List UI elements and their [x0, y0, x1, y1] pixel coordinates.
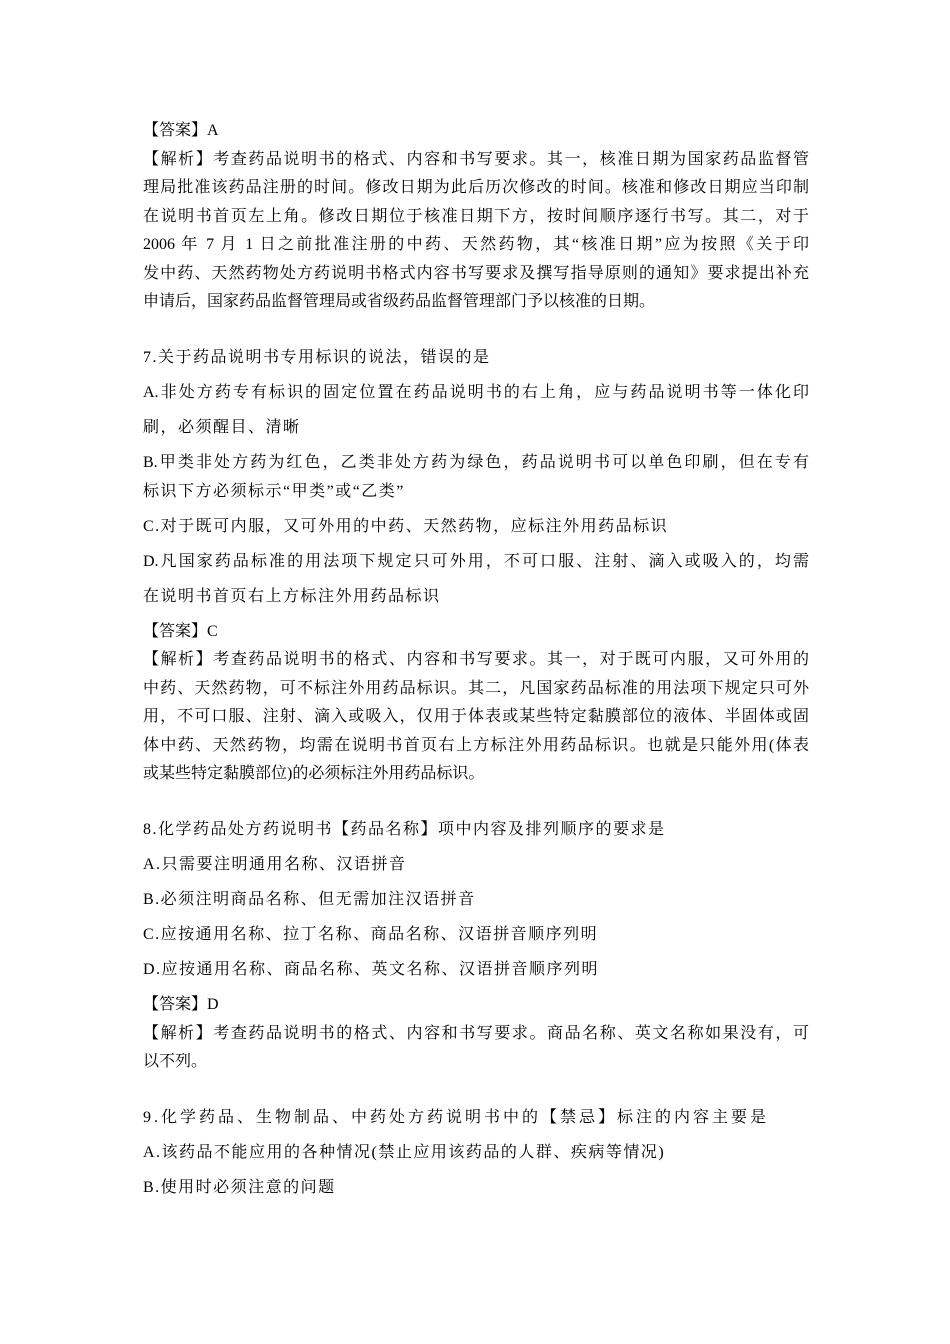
- q6-explanation-line-4: 2006 年 7 月 1 日之前批准注册的中药、天然药物，其“核准日期”应为按照…: [143, 231, 809, 260]
- q7-explanation-line-2: 中药、天然药物，可不标注外用药品标识。其二，凡国家药品标准的用法项下规定只可外: [143, 675, 809, 704]
- q6-explanation-line-1: 【解析】考查药品说明书的格式、内容和书写要求。其一，核准日期为国家药品监督管: [143, 146, 809, 175]
- q6-explanation-line-3: 在说明书首页左上角。修改日期位于核准日期下方，按时间顺序逐行书写。其二，对于: [143, 203, 809, 232]
- q7-explanation-line-1: 【解析】考查药品说明书的格式、内容和书写要求。其一，对于既可内服，又可外用的: [143, 646, 809, 675]
- q8-option-d: D.应按通用名称、商品名称、英文名称、汉语拼音顺序列明: [143, 956, 809, 985]
- q7-option-b: B.甲类非处方药为红色，乙类非处方药为绿色，药品说明书可以单色印刷，但在专有: [143, 449, 809, 478]
- q7-option-b-continuation: 标识下方必须标示“甲类”或“乙类”: [143, 478, 809, 507]
- q8-explanation-line-1: 【解析】考查药品说明书的格式、内容和书写要求。商品名称、英文名称如果没有，可: [143, 1020, 809, 1049]
- q8-option-b: B.必须注明商品名称、但无需加注汉语拼音: [143, 886, 809, 915]
- q6-explanation-line-5: 发中药、天然药物处方药说明书格式内容书写要求及撰写指导原则的通知》要求提出补充: [143, 260, 809, 289]
- q8-option-c: C.应按通用名称、拉丁名称、商品名称、汉语拼音顺序列明: [143, 921, 809, 950]
- q6-explanation-line-2: 理局批准该药品注册的时间。修改日期为此后历次修改的时间。核准和修改日期应当印制: [143, 174, 809, 203]
- document-page: 【答案】A 【解析】考查药品说明书的格式、内容和书写要求。其一，核准日期为国家药…: [0, 0, 950, 1344]
- q7-explanation-line-5: 或某些特定黏膜部位)的必须标注外用药品标识。: [143, 760, 809, 789]
- q7-explanation-line-3: 用，不可口服、注射、滴入或吸入，仅用于体表或某些特定黏膜部位的液体、半固体或固: [143, 703, 809, 732]
- q7-option-d: D.凡国家药品标准的用法项下规定只可外用，不可口服、注射、滴入或吸入的，均需: [143, 548, 809, 577]
- document-content: 【答案】A 【解析】考查药品说明书的格式、内容和书写要求。其一，核准日期为国家药…: [143, 117, 809, 1203]
- q8-answer-label: 【答案】D: [143, 991, 809, 1020]
- q8-explanation-line-2: 以不列。: [143, 1048, 809, 1077]
- q7-explanation-line-4: 体中药、天然药物，均需在说明书首页右上方标注外用药品标识。也就是只能外用(体表: [143, 732, 809, 761]
- q7-answer-label: 【答案】C: [143, 618, 809, 647]
- q7-option-d-continuation: 在说明书首页右上方标注外用药品标识: [143, 583, 809, 612]
- q9-option-a: A.该药品不能应用的各种情况(禁止应用该药品的人群、疾病等情况): [143, 1139, 809, 1168]
- q9-question: 9.化学药品、生物制品、中药处方药说明书中的【禁忌】标注的内容主要是: [143, 1104, 809, 1133]
- q7-question: 7.关于药品说明书专用标识的说法，错误的是: [143, 344, 809, 373]
- q8-option-a: A.只需要注明通用名称、汉语拼音: [143, 851, 809, 880]
- q9-option-b: B.使用时必须注意的问题: [143, 1174, 809, 1203]
- q7-option-a: A.非处方药专有标识的固定位置在药品说明书的右上角，应与药品说明书等一体化印: [143, 379, 809, 408]
- q7-option-a-continuation: 刷，必须醒目、清晰: [143, 414, 809, 443]
- q7-option-c: C.对于既可内服，又可外用的中药、天然药物，应标注外用药品标识: [143, 513, 809, 542]
- q8-question: 8.化学药品处方药说明书【药品名称】项中内容及排列顺序的要求是: [143, 816, 809, 845]
- q6-explanation-line-6: 申请后，国家药品监督管理局或省级药品监督管理部门予以核准的日期。: [143, 288, 809, 317]
- q6-answer-label: 【答案】A: [143, 117, 809, 146]
